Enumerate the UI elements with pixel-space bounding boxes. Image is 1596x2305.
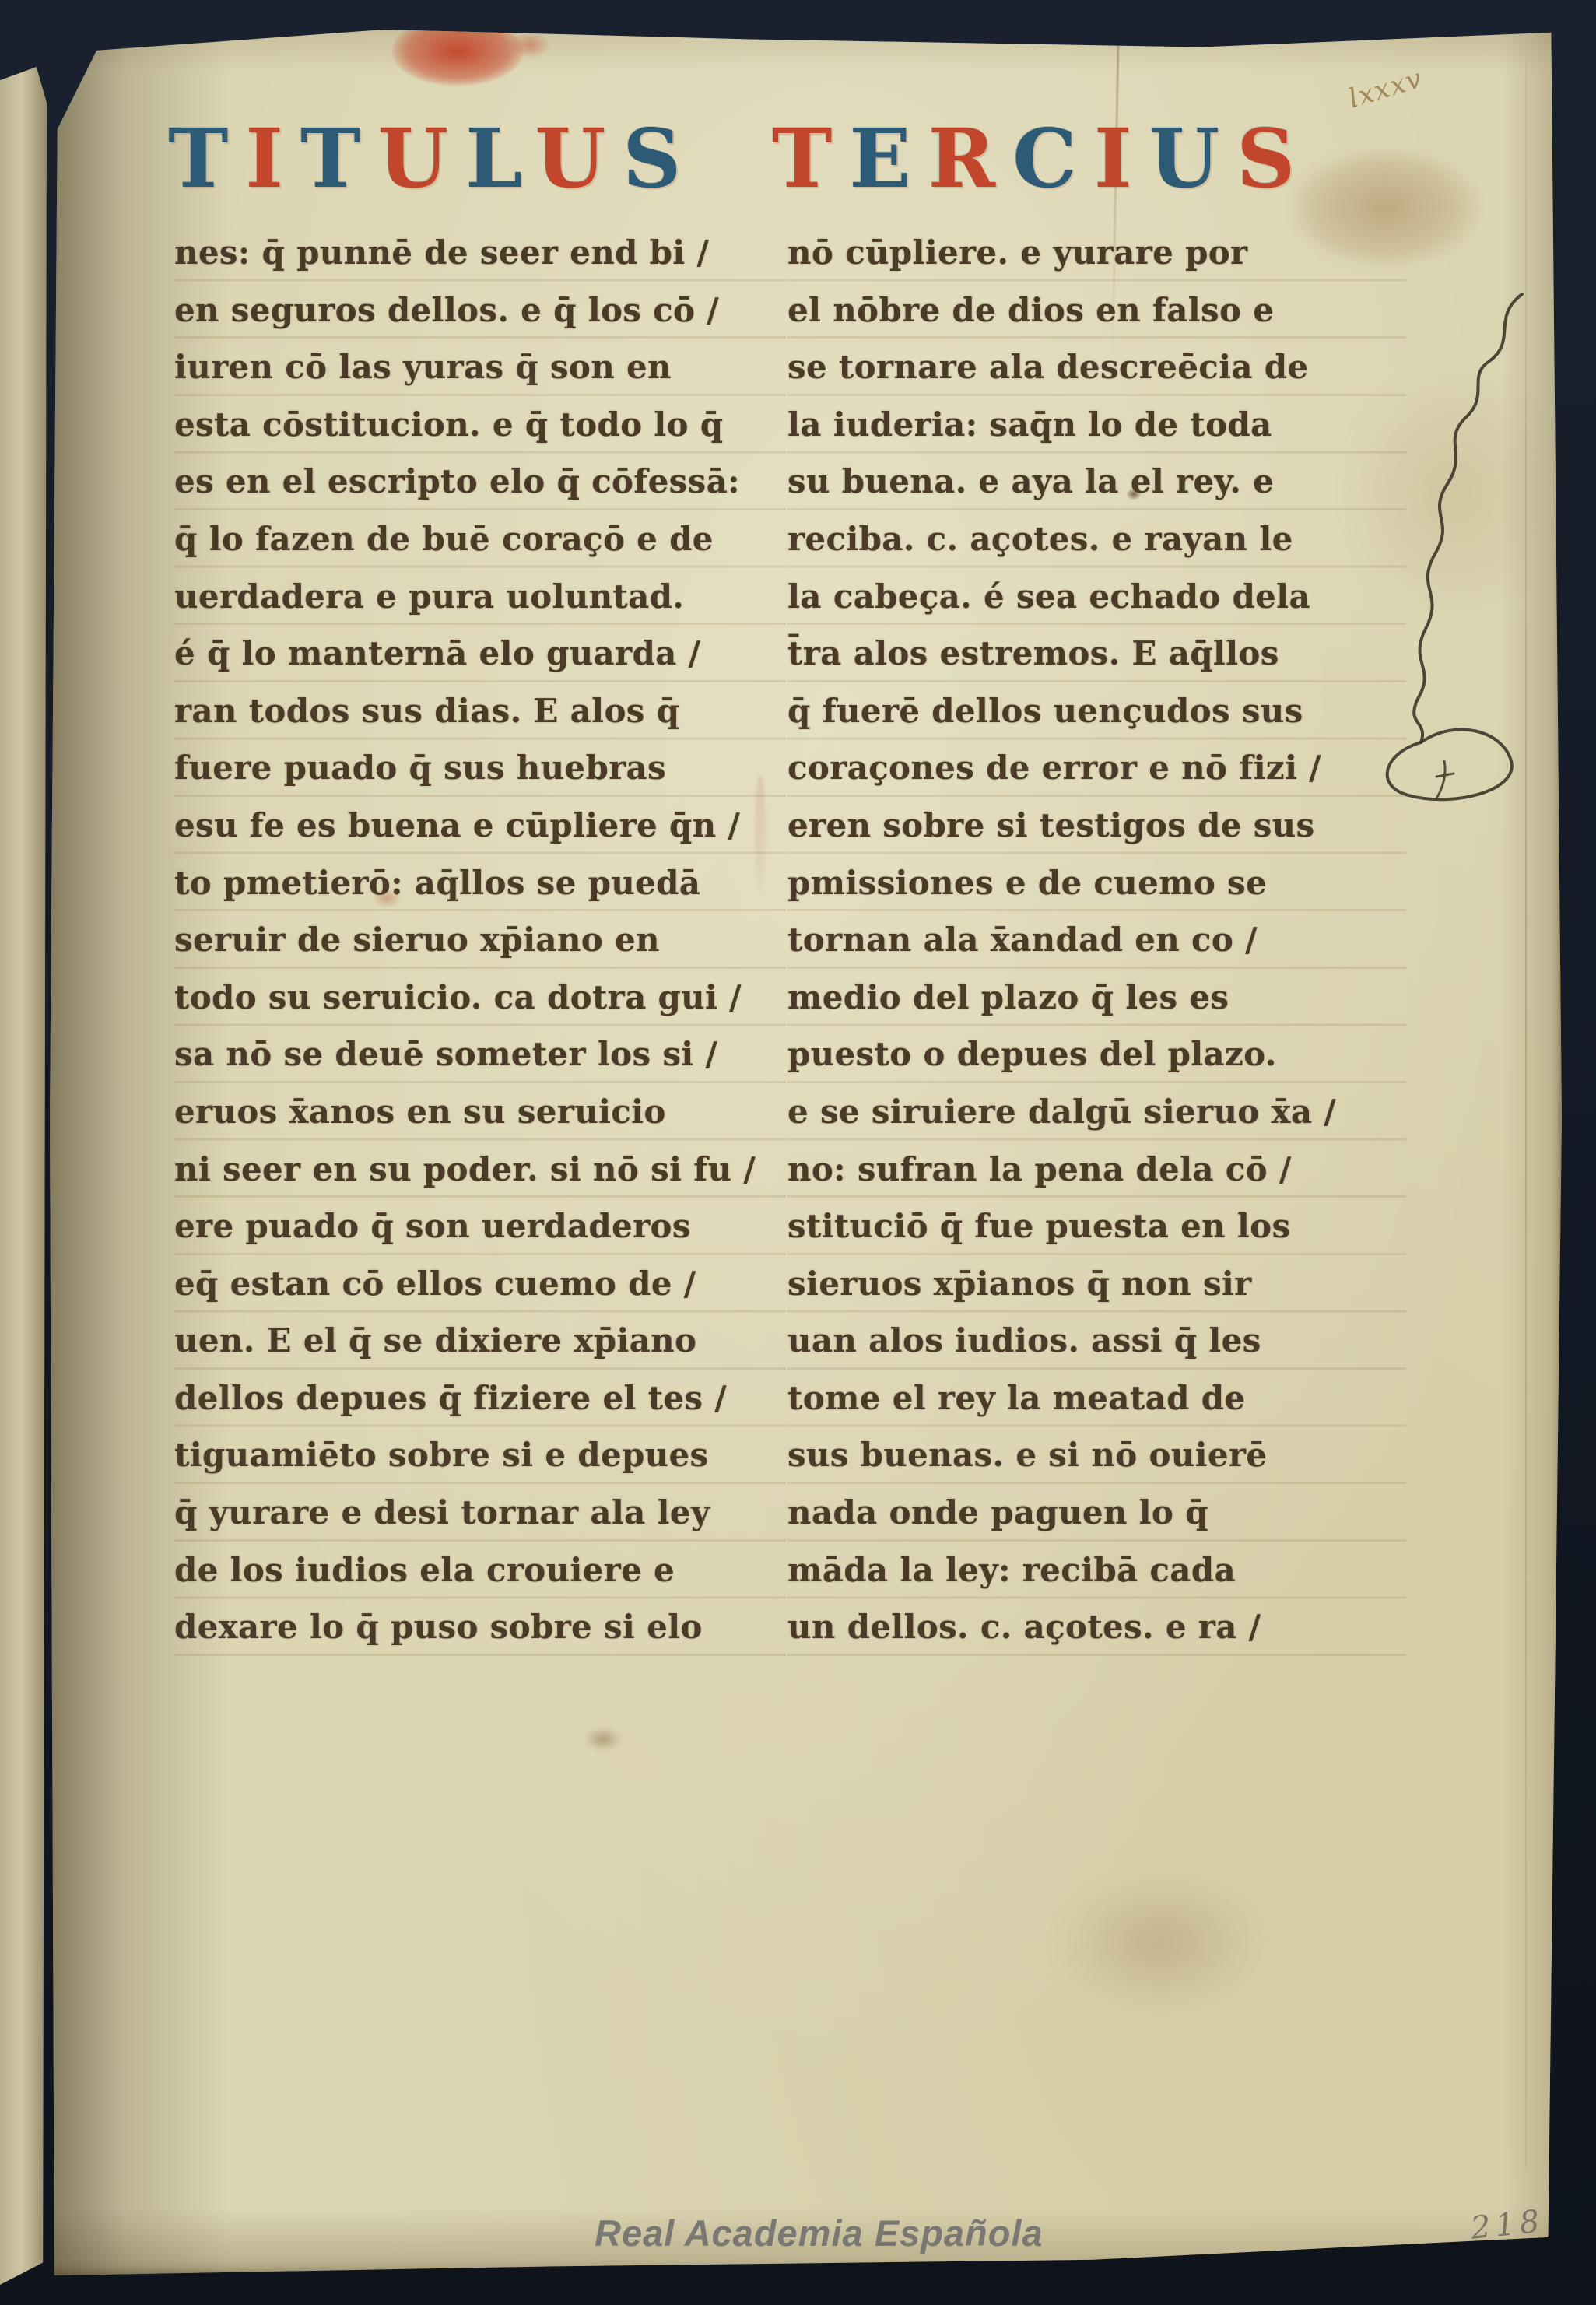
text-line: tiguamiēto sobre si e depues [174,1426,786,1484]
text-line: q̄ fuerē dellos uençudos sus [787,682,1406,740]
decorated-initial: E [849,111,928,206]
decorated-initial: I [245,111,300,206]
library-watermark: Real Academia Española [595,2212,1044,2254]
text-line: ni seer en su poder. si nō si fu / [174,1141,786,1198]
text-line: ran todos sus dias. E alos q̄ [174,682,786,740]
text-line: coraçones de error e nō fizi / [787,739,1406,797]
text-line: eruos x̄anos en su seruicio [174,1083,786,1141]
decorated-initial: U [535,111,623,206]
text-line: su buena. e aya la el rey. e [787,453,1406,510]
previous-page-edge [0,67,47,2285]
text-line: se tornare ala descreēcia de [787,339,1406,396]
decorated-initial: U [377,111,465,206]
decorated-initial: S [623,111,698,206]
text-line: t̄ra alos estremos. E aq̄llos [787,625,1406,682]
text-line: eq̄ estan cō ellos cuemo de / [174,1255,786,1313]
red-ink-stain [510,33,549,58]
text-line: en seguros dellos. e q̄ los cō / [174,282,786,339]
ink-smudge [1292,149,1478,266]
red-ink-stain [392,17,523,86]
text-line: medio del plazo q̄ les es [787,969,1406,1026]
manuscript-page: TITULUS TERCIUS nes: q̄ punnē de seer en… [50,28,1562,2275]
decorated-initial: L [465,111,535,206]
decorated-initial: T [772,111,849,206]
text-line: pmissiones e de cuemo se [787,854,1406,912]
text-column-right: nō cūpliere. e yurare por el nōbre de di… [787,224,1406,1656]
decorated-initial: C [1012,111,1094,206]
text-line: la iuderia: saq̄n lo de toda [787,396,1406,454]
text-line: to pmetierō: aq̄llos se puedā [174,854,786,912]
text-line: sus buenas. e si nō ouierē [787,1426,1406,1484]
text-line: eren sobre si testigos de sus [787,797,1406,854]
heading-word-titulus: TITULUS [168,118,698,199]
text-line: e se siruiere dalgū sieruo x̄a / [787,1083,1406,1141]
text-line: stituciō q̄ fue puesta en los [787,1198,1406,1255]
text-line: tome el rey la meatad de [787,1370,1406,1427]
text-line: el nōbre de dios en falso e [787,282,1406,339]
text-line: seruir de sieruo xp̄iano en [174,911,786,969]
margin-annotation: lxxxv [1345,63,1426,115]
text-line: māda la ley: recibā cada [787,1542,1406,1599]
text-line: un dellos. c. açotes. e ra / [787,1598,1406,1656]
heading-word-tercius: TERCIUS [772,118,1312,199]
text-line: esta cōstitucion. e q̄ todo lo q̄ [174,396,786,454]
folio-number: 218 [1469,2203,1546,2247]
decorated-initial: I [1094,111,1149,206]
text-line: de los iudios ela crouiere e [174,1542,786,1599]
text-line: puesto o depues del plazo. [787,1026,1406,1083]
pen-flourish-icon [1373,285,1544,814]
decorated-initial: T [300,111,377,206]
text-line: la cabeça. é sea echado dela [787,568,1406,626]
text-line: q̄ yurare e desi tornar ala ley [174,1484,786,1542]
text-line: sieruos xp̄ianos q̄ non sir [787,1255,1406,1313]
decorated-initial: U [1149,111,1237,206]
text-line: é q̄ lo manternā elo guarda / [174,625,786,682]
text-line: esu fe es buena e cūpliere q̄n / [174,797,786,854]
text-line: q̄ lo fazen de buē coraçō e de [174,510,786,568]
text-column-left: nes: q̄ punnē de seer end bi / en seguro… [174,224,786,1656]
photographed-book: TITULUS TERCIUS nes: q̄ punnē de seer en… [0,0,1596,2305]
decorated-initial: R [928,111,1012,206]
text-line: fuere puado q̄ sus huebras [174,739,786,797]
text-line: dellos depues q̄ fiziere el tes / [174,1370,786,1427]
text-line: no: sufran la pena dela cō / [787,1141,1406,1198]
text-line: uerdadera e pura uoluntad. [174,568,786,626]
text-line: todo su seruicio. ca dotra gui / [174,969,786,1026]
text-line: sa nō se deuē someter los si / [174,1026,786,1083]
text-line: es en el escripto elo q̄ cōfessā: [174,453,786,510]
text-line: uen. E el q̄ se dixiere xp̄iano [174,1312,786,1370]
text-line: uan alos iudios. assi q̄ les [787,1312,1406,1370]
text-line: nes: q̄ punnē de seer end bi / [174,224,786,282]
text-line: tornan ala x̄andad en co / [787,911,1406,969]
text-line: iuren cō las yuras q̄ son en [174,339,786,396]
text-line: ere puado q̄ son uerdaderos [174,1198,786,1255]
text-line: dexare lo q̄ puso sobre si elo [174,1598,786,1656]
decorated-initial: T [168,111,245,206]
text-line: nada onde paguen lo q̄ [787,1484,1406,1542]
text-line: reciba. c. açotes. e rayan le [787,510,1406,568]
parchment-stain [585,1728,621,1751]
parchment-stain [1051,1869,1268,2017]
